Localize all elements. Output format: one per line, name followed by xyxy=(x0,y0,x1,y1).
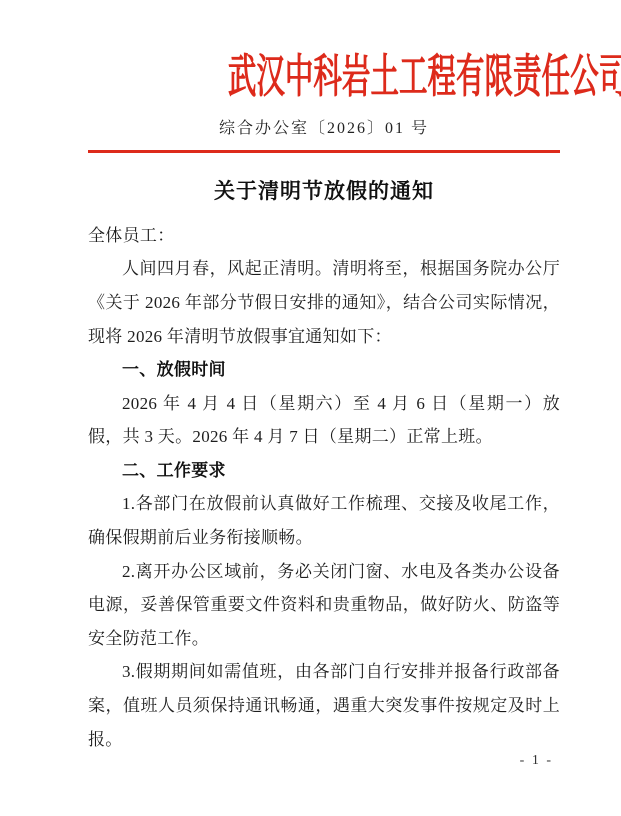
section-1-paragraph: 2026 年 4 月 4 日（星期六）至 4 月 6 日（星期一）放假，共 3 … xyxy=(88,387,560,454)
red-divider xyxy=(88,150,560,153)
section-2-heading: 二、工作要求 xyxy=(88,454,560,488)
section-1-heading: 一、放假时间 xyxy=(88,353,560,387)
company-title: 武汉中科岩土工程有限责任公司文件 xyxy=(228,52,621,102)
page-number: - 1 - xyxy=(520,753,553,769)
notice-title: 关于清明节放假的通知 xyxy=(88,181,560,203)
notice-body: 全体员工： 人间四月春，风起正清明。清明将至，根据国务院办公厅《关于 2026 … xyxy=(88,219,560,757)
intro-paragraph: 人间四月春，风起正清明。清明将至，根据国务院办公厅《关于 2026 年部分节假日… xyxy=(88,252,560,353)
doc-number: 综合办公室〔2026〕01 号 xyxy=(88,121,560,137)
salutation: 全体员工： xyxy=(88,219,560,253)
work-item-2: 2.离开办公区域前，务必关闭门窗、水电及各类办公设备电源，妥善保管重要文件资料和… xyxy=(88,555,560,656)
letterhead: 武汉中科岩土工程有限责任公司文件 xyxy=(88,52,560,102)
work-item-3: 3.假期期间如需值班，由各部门自行安排并报备行政部备案，值班人员须保持通讯畅通，… xyxy=(88,655,560,756)
work-item-1: 1.各部门在放假前认真做好工作梳理、交接及收尾工作，确保假期前后业务衔接顺畅。 xyxy=(88,487,560,554)
document-page: 武汉中科岩土工程有限责任公司文件 综合办公室〔2026〕01 号 关于清明节放假… xyxy=(0,0,621,816)
